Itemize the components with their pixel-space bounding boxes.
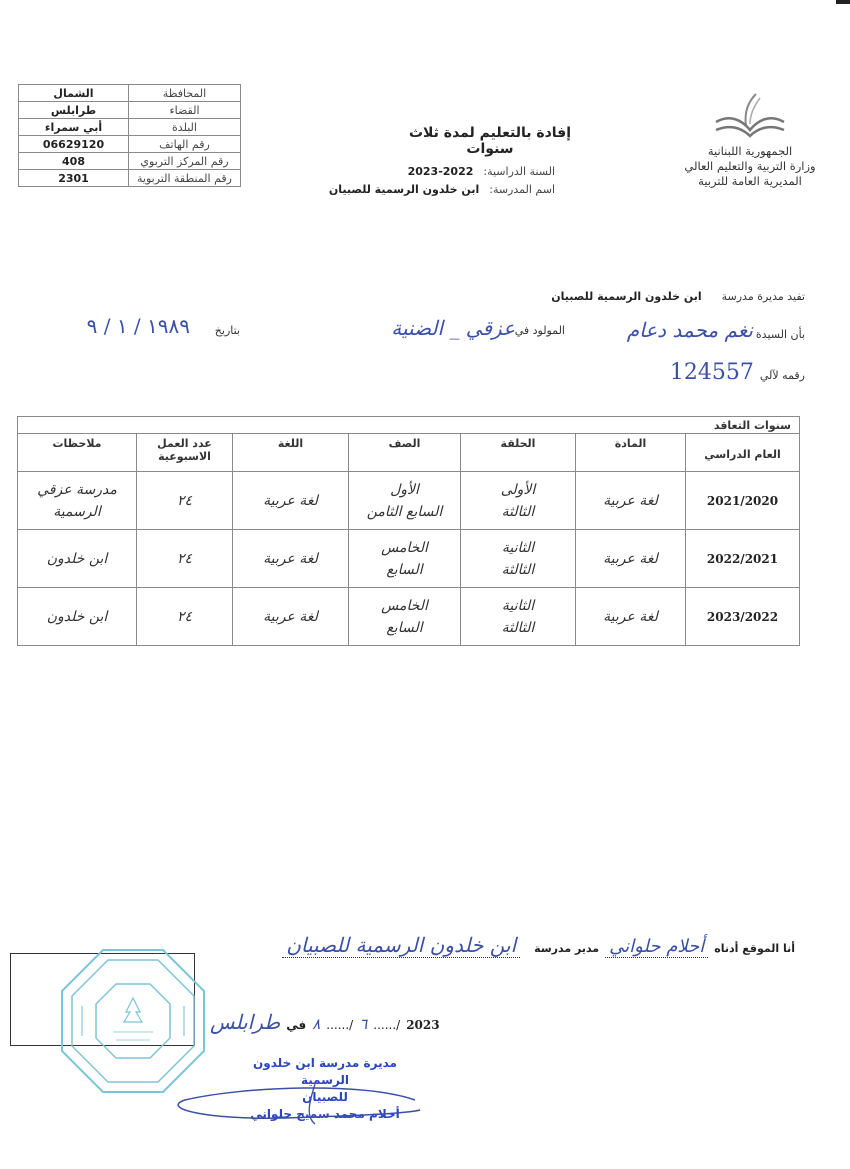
birthplace-handwritten: عزقي _ الضنية (391, 316, 515, 340)
column-header: الصف (349, 434, 461, 472)
official-stamp-icon (58, 946, 208, 1096)
academic-year-label: السنة الدراسية: (483, 163, 555, 181)
year-cell: 2022/2021 (686, 530, 800, 588)
director-school-handwritten: ابن خلدون الرسمية للصبيان (282, 933, 520, 958)
notes-line: ابن خلدون (18, 548, 136, 570)
cycle-line: الثالثة (461, 617, 575, 639)
language-cell: لغة عربية (233, 472, 349, 530)
grade-cell: الخامس السابع (349, 588, 461, 646)
table-row: البلدة أبي سمراء (19, 119, 241, 136)
info-label: المحافظة (129, 85, 241, 102)
table-header-row: العام الدراسي المادة الحلقة الصف اللغة ع… (18, 434, 800, 472)
column-header: الحلقة (461, 434, 576, 472)
school-name-text: ابن خلدون الرسمية للصبيان (551, 290, 701, 303)
ministry-line: وزارة التربية والتعليم العالي (660, 159, 840, 174)
place-date-line: 2023 /...... ٦ /...... ٨ في طرابلس (210, 1010, 440, 1034)
cycle-line: الثالثة (461, 501, 575, 523)
grade-cell: الخامس السابع (349, 530, 461, 588)
column-header: اللغة (233, 434, 349, 472)
registration-number-handwritten: 124557 (670, 360, 754, 385)
contract-years-table: سنوات التعاقد العام الدراسي المادة الحلق… (17, 416, 800, 646)
table-row: القضاء طرابلس (19, 102, 241, 119)
number-label: رقمه لآلي (760, 369, 805, 382)
date-month-handwritten: ٦ (359, 1015, 367, 1033)
table-row: 2023/2022 لغة عربية الثانية الثالثة الخا… (18, 588, 800, 646)
school-statement: تفيد مديرة مدرسة ابن خلدون الرسمية للصبي… (551, 290, 805, 303)
column-header: المادة (576, 434, 686, 472)
table-section-header: سنوات التعاقد (18, 417, 800, 434)
table-row: 2021/2020 لغة عربية الأولى الثالثة الأول… (18, 472, 800, 530)
school-name-value: ابن خلدون الرسمية للصبيان (329, 181, 479, 199)
info-label: رقم المنطقة التربوية (129, 170, 241, 187)
notes-cell: مدرسة عزقي الرسمية (18, 472, 137, 530)
academic-year-row: السنة الدراسية: 2023-2022 (325, 163, 555, 181)
year-cell: 2021/2020 (686, 472, 800, 530)
signature-scribble-icon (165, 1080, 425, 1130)
weekly-hours-cell: ٢٤ (137, 472, 233, 530)
info-label: رقم الهاتف (129, 136, 241, 153)
grade-cell: الأول السابع الثامن (349, 472, 461, 530)
subject-cell: لغة عربية (576, 472, 686, 530)
undersigned-name-handwritten: أحلام حلواني (605, 936, 708, 958)
subject-cell: لغة عربية (576, 530, 686, 588)
school-name-label: اسم المدرسة: (489, 181, 555, 199)
teacher-statement: بأن السيدة نغم محمد دعام المولود في عزقي… (15, 318, 805, 354)
notes-line: الرسمية (18, 501, 136, 523)
school-intro-text: تفيد مديرة مدرسة (722, 290, 805, 303)
grade-line: الخامس (349, 595, 460, 617)
weekly-hours-cell: ٢٤ (137, 588, 233, 646)
academic-year-value: 2023-2022 (408, 163, 474, 181)
birth-date-handwritten: ١٩٨٩ / ١ / ٩ (87, 314, 190, 338)
cycle-line: الأولى (461, 479, 575, 501)
weekly-hours-cell: ٢٤ (137, 530, 233, 588)
info-value: 2301 (19, 170, 129, 187)
cycle-cell: الأولى الثالثة (461, 472, 576, 530)
document-title: إفادة بالتعليم لمدة ثلاث سنوات (390, 125, 590, 157)
ministry-line: الجمهورية اللبنانية (660, 144, 840, 159)
cycle-line: الثانية (461, 595, 575, 617)
undersigned-statement: أنا الموقع أدناه أحلام حلواني مدير مدرسة… (282, 933, 795, 958)
year-cell: 2023/2022 (686, 588, 800, 646)
teacher-prefix: بأن السيدة (756, 328, 805, 341)
registration-number-line: رقمه لآلي 124557 (670, 360, 805, 385)
undersigned-label: أنا الموقع أدناه (714, 942, 795, 955)
grade-line: الأول (349, 479, 460, 501)
column-header: ملاحظات (18, 434, 137, 472)
info-value: أبي سمراء (19, 119, 129, 136)
subject-cell: لغة عربية (576, 588, 686, 646)
column-header: العام الدراسي (686, 434, 800, 472)
school-name-row: اسم المدرسة: ابن خلدون الرسمية للصبيان (325, 181, 555, 199)
cycle-cell: الثانية الثالثة (461, 588, 576, 646)
table-row: المحافظة الشمال (19, 85, 241, 102)
scan-artifact (836, 0, 850, 4)
section-title: سنوات التعاقد (18, 417, 800, 434)
info-value: 06629120 (19, 136, 129, 153)
cycle-cell: الثانية الثالثة (461, 530, 576, 588)
place-handwritten: طرابلس (210, 1010, 280, 1034)
notes-line: ابن خلدون (18, 606, 136, 628)
ministry-line: المديرية العامة للتربية (660, 174, 840, 189)
date-label: بتاريخ (215, 324, 240, 337)
table-row: رقم المنطقة التربوية 2301 (19, 170, 241, 187)
notes-cell: ابن خلدون (18, 588, 137, 646)
in-label: في (286, 1018, 306, 1032)
info-value: 408 (19, 153, 129, 170)
date-year: 2023 (406, 1018, 439, 1032)
document-meta: السنة الدراسية: 2023-2022 اسم المدرسة: ا… (325, 163, 555, 199)
grade-line: السابع (349, 559, 460, 581)
born-in-label: المولود في (515, 324, 565, 337)
info-label: رقم المركز التربوي (129, 153, 241, 170)
open-book-icon (710, 92, 790, 142)
info-label: القضاء (129, 102, 241, 119)
date-day-handwritten: ٨ (312, 1015, 320, 1033)
info-value: الشمال (19, 85, 129, 102)
grade-line: الخامس (349, 537, 460, 559)
ministry-header: الجمهورية اللبنانية وزارة التربية والتعل… (660, 92, 840, 189)
teacher-name-handwritten: نغم محمد دعام (627, 318, 753, 342)
notes-cell: ابن خلدون (18, 530, 137, 588)
table-row: 2022/2021 لغة عربية الثانية الثالثة الخا… (18, 530, 800, 588)
school-info-table: المحافظة الشمال القضاء طرابلس البلدة أبي… (18, 84, 241, 187)
column-header: عدد العمل الاسبوعية (137, 434, 233, 472)
language-cell: لغة عربية (233, 588, 349, 646)
table-row: رقم الهاتف 06629120 (19, 136, 241, 153)
cycle-line: الثالثة (461, 559, 575, 581)
table-row: رقم المركز التربوي 408 (19, 153, 241, 170)
notes-line: مدرسة عزقي (18, 479, 136, 501)
grade-line: السابع (349, 617, 460, 639)
info-label: البلدة (129, 119, 241, 136)
grade-line: السابع الثامن (349, 501, 460, 523)
cycle-line: الثانية (461, 537, 575, 559)
director-of-label: مدير مدرسة (534, 942, 599, 955)
info-value: طرابلس (19, 102, 129, 119)
language-cell: لغة عربية (233, 530, 349, 588)
